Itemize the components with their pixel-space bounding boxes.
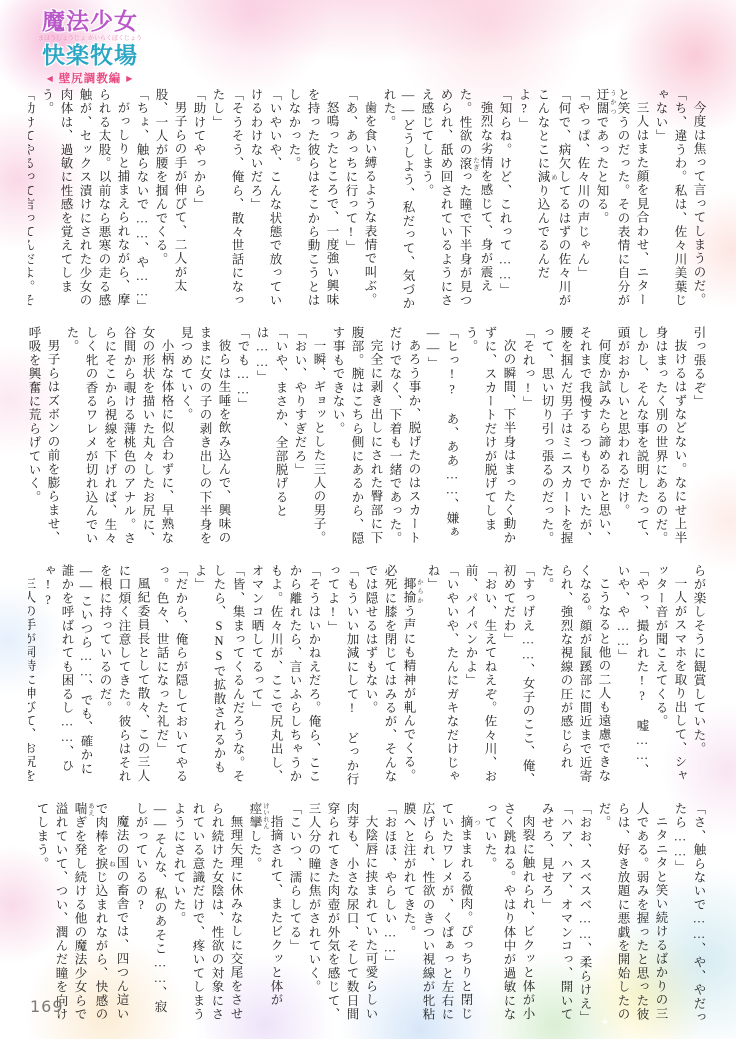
logo-title-line1: 魔法少女	[30, 10, 150, 35]
sparkle-icon: ✦	[12, 760, 22, 775]
paragraph: 「助けてやるって言ってんだよ。それ、	[28, 88, 37, 312]
paragraph: 「ち、違うわ。私は、佐々川美葉じゃない」	[651, 88, 689, 312]
paragraph: 風紀委員長として散々、この三人に口煩く注意してきた。彼らはそれを根に持っているの…	[95, 564, 152, 788]
paragraph: 三人の手が同時に伸びて、お尻を撫で回し、太股から徐々に股座の中心へと指先が移動し…	[28, 564, 38, 788]
paragraph: 「いやいや、たんにガキなだけじゃね」	[423, 564, 461, 788]
logo-title-reading: まほうしょうじょ かいらくぼくじょう	[30, 36, 150, 43]
text-band-4: 「さ、触らないで……、や、やだったら……」ニタニタと笑い続けるばかりの三人である…	[28, 802, 708, 1026]
text-band-3: らが楽しそうに観賞していた。一人がスマホを取り出して、シャッター音が聞こえてくる…	[28, 564, 708, 788]
paragraph: 肉裂に触れられ、ビクッと体が小さく跳ねる。やはり体中が過敏になっていた。	[480, 802, 537, 1026]
paragraph: 怒鳴ったところで、一度強い興味を持った彼らはそこから動こうとはしなかった。	[284, 88, 341, 312]
paragraph: 揶揄からかう声にも精神が軋んでくる。必死に膝を閉じてはみるが、そんなでは隠せるは…	[361, 564, 423, 788]
paragraph: 何度か試みたら諦めるかと思い、それまで我慢するつもりでいたが、腰を掴んだ男子はミ…	[537, 326, 613, 550]
paragraph: 「それっ!」	[518, 326, 537, 550]
paragraph: 「おい、やりすぎだろ」	[290, 326, 309, 550]
paragraph: 引っ張るぞ」	[689, 326, 708, 550]
page-number: 169	[30, 997, 64, 1016]
paragraph: 「いやいや、こんな状態で放っていけるわけないだろ」	[246, 88, 284, 312]
paragraph: 男子らはズボンの前を膨らませ、呼吸を興奮に荒らげていく。	[28, 326, 62, 550]
paragraph: がっしりと捕まえられながら、摩られる太股。以前なら悪寒の走る感触が、セックス漬け…	[37, 88, 132, 312]
text-band-1: 今度は焦って言ってしまうのだ。「ち、違うわ。私は、佐々川美葉じゃない」三人はまた…	[28, 88, 708, 312]
paragraph: 「あ、あっちに行って!」	[341, 88, 360, 312]
paragraph: 「もういい加減にして! どっか行ってよ!」	[323, 564, 361, 788]
paragraph: 三人はまた顔を見合わせ、ニターと笑うのだった。その表情に自分が迂闊うかつであった…	[592, 88, 651, 312]
paragraph: 「ハア、ハア、オマンコっ、開いてみせろ、見せろ」	[537, 802, 575, 1026]
novel-page: ✦ ✦ ✦ ✦ 魔法少女 まほうしょうじょ かいらくぼくじょう 快楽牧場 ◀ 壁…	[0, 0, 736, 1039]
arrow-right-icon: ▶	[126, 74, 133, 83]
arrow-left-icon: ◀	[47, 74, 54, 83]
paragraph: ――そんな、私のあそこ……、寂しがっているの?	[131, 802, 169, 1026]
paragraph: 男子らの手が伸びて、二人が太股、一人が腰を掴んでくる。	[151, 88, 189, 312]
paragraph: 「そうそう、俺ら、散々世話になったし」	[208, 88, 246, 312]
paragraph: 一瞬、ギョッとした三人の男子。	[309, 326, 328, 550]
paragraph: 「やっぱ、佐々川の声じゃん」	[573, 88, 592, 312]
logo-title-line2: 快楽牧場	[30, 44, 150, 69]
paragraph: 完全に剥き出しにされた臀部に下腹部。腕はこちら側にあるから、隠す事もできない。	[328, 326, 385, 550]
paragraph: 「知らね。けど、これって……」	[495, 88, 514, 312]
sparkle-icon: ✦	[150, 30, 160, 45]
paragraph: 摘つままれる微肉。ぴっちりと閉じていたワレメが、くぱぁっと左右に広げられ、性欲の…	[399, 802, 480, 1026]
paragraph: 「いや、まさか、全部脱げるとは……」	[252, 326, 290, 550]
paragraph: 小柄な体格に似合わずに、早熟な女の形状を描いた丸々したお尻に、谷間から覗ける薄桃…	[62, 326, 176, 550]
paragraph: 「おお、スベスベ……、柔らけえ」	[575, 802, 594, 1026]
paragraph: 強烈な劣情を感じて、身が震えた。性欲の滾たぎった瞳で下半身が見つめられ、舐め回さ…	[417, 88, 495, 312]
paragraph: らが楽しそうに観賞していた。	[689, 564, 708, 788]
text-band-2: 引っ張るぞ」抜けるはずなどない。なにせ上半身はまったく別の世界にあるのだ。しかし…	[28, 326, 708, 550]
chapter-badge: ◀ 壁尻調教編 ▶	[30, 72, 150, 85]
paragraph: 「助けてやっから」	[189, 88, 208, 312]
paragraph: 「だから、俺らが隠しておいてやるっ。色々、世話になった礼だ」	[152, 564, 190, 788]
paragraph: 魔法の国の畜舎では、四つん這いで肉棒を捩ねじ込まれながら、快感の喘あえぎを発し続…	[32, 802, 131, 1026]
paragraph: 「何で、病欠してるはずの佐々川がこんなとこに減めり込んでるんだよ?」	[514, 88, 573, 312]
paragraph: 「そうはいかねえだろ。俺ら、ここから離れたら、言いふらしちゃうかもよ。佐々川が、…	[247, 564, 323, 788]
paragraph: 大陰唇に挟まれていた可愛らしい肉芽も、小さな尿口、そして数日間穿られてきた肉壺が…	[304, 802, 380, 1026]
paragraph: 次の瞬間、下半身はまったく動かずに、スカートだけが脱げてしまう。	[461, 326, 518, 550]
paragraph: 歯を食い縛るような表情で叫ぶ。	[360, 88, 379, 312]
paragraph: 彼らは生唾を飲み込んで、興味のままに女の子の剥き出しの下半身を見つめていく。	[176, 326, 233, 550]
paragraph: ――どうしよう、私だって、気づかれた。	[379, 88, 417, 312]
series-logo: 魔法少女 まほうしょうじょ かいらくぼくじょう 快楽牧場 ◀ 壁尻調教編 ▶	[30, 10, 150, 85]
paragraph: あろう事か、脱げたのはスカートだけでなく、下着も一緒であった。	[385, 326, 423, 550]
paragraph: 「こいつ、濡らしてる」	[285, 802, 304, 1026]
paragraph: 一人がスマホを取り出して、シャッター音が聞こえてくる。	[651, 564, 689, 788]
paragraph: 「ちょ、触らないで……、や……」	[132, 88, 151, 312]
paragraph: 「おほほ、やらしい……」	[380, 802, 399, 1026]
paragraph: ――こいつら……、でも、確かに誰かを呼ばれても困るし……、ひゃ!?	[38, 564, 95, 788]
paragraph: 「やっ、撮られた!? 嘘……、いや、や……」	[613, 564, 651, 788]
paragraph: 「おい、生えてねえぞ。佐々川、お前、パイパンかよ」	[461, 564, 499, 788]
paragraph: 「でも……」	[233, 326, 252, 550]
paragraph: 今度は焦って言ってしまうのだ。	[689, 88, 708, 312]
paragraph: ニタニタと笑い続けるばかりの三人である。弱みを握ったと思った彼らは、好き放題に悪…	[594, 802, 670, 1026]
paragraph: 指摘されて、またビクッと体が痙攣けいれんした。	[245, 802, 285, 1026]
paragraph: 無理矢理に休みなしに交尾をさせられ続けた女陰は、性欲の対象にされている意識だけで…	[169, 802, 245, 1026]
paragraph: 「さ、触らないで……、や、やだったら……」	[670, 802, 708, 1026]
paragraph: 「皆、集まってくるんだろうな。そしたら、SNSで拡散されるかもよ」	[190, 564, 247, 788]
paragraph: こうなると他の二人も遠慮できなくなる。顔が鼠蹊部に間近まで近寄られ、強烈な視線の…	[537, 564, 613, 788]
sparkle-icon: ✦	[715, 140, 725, 155]
paragraph: 「すっげえ……、女子のここ、俺、初めてだわ」	[499, 564, 537, 788]
paragraph: 「ヒっ!? あ、ああ……、嫌ぁ――」	[423, 326, 461, 550]
paragraph: 抜けるはずなどない。なにせ上半身はまったく別の世界にあるのだ。しかし、そんな事を…	[613, 326, 689, 550]
chapter-badge-label: 壁尻調教編	[59, 71, 122, 85]
